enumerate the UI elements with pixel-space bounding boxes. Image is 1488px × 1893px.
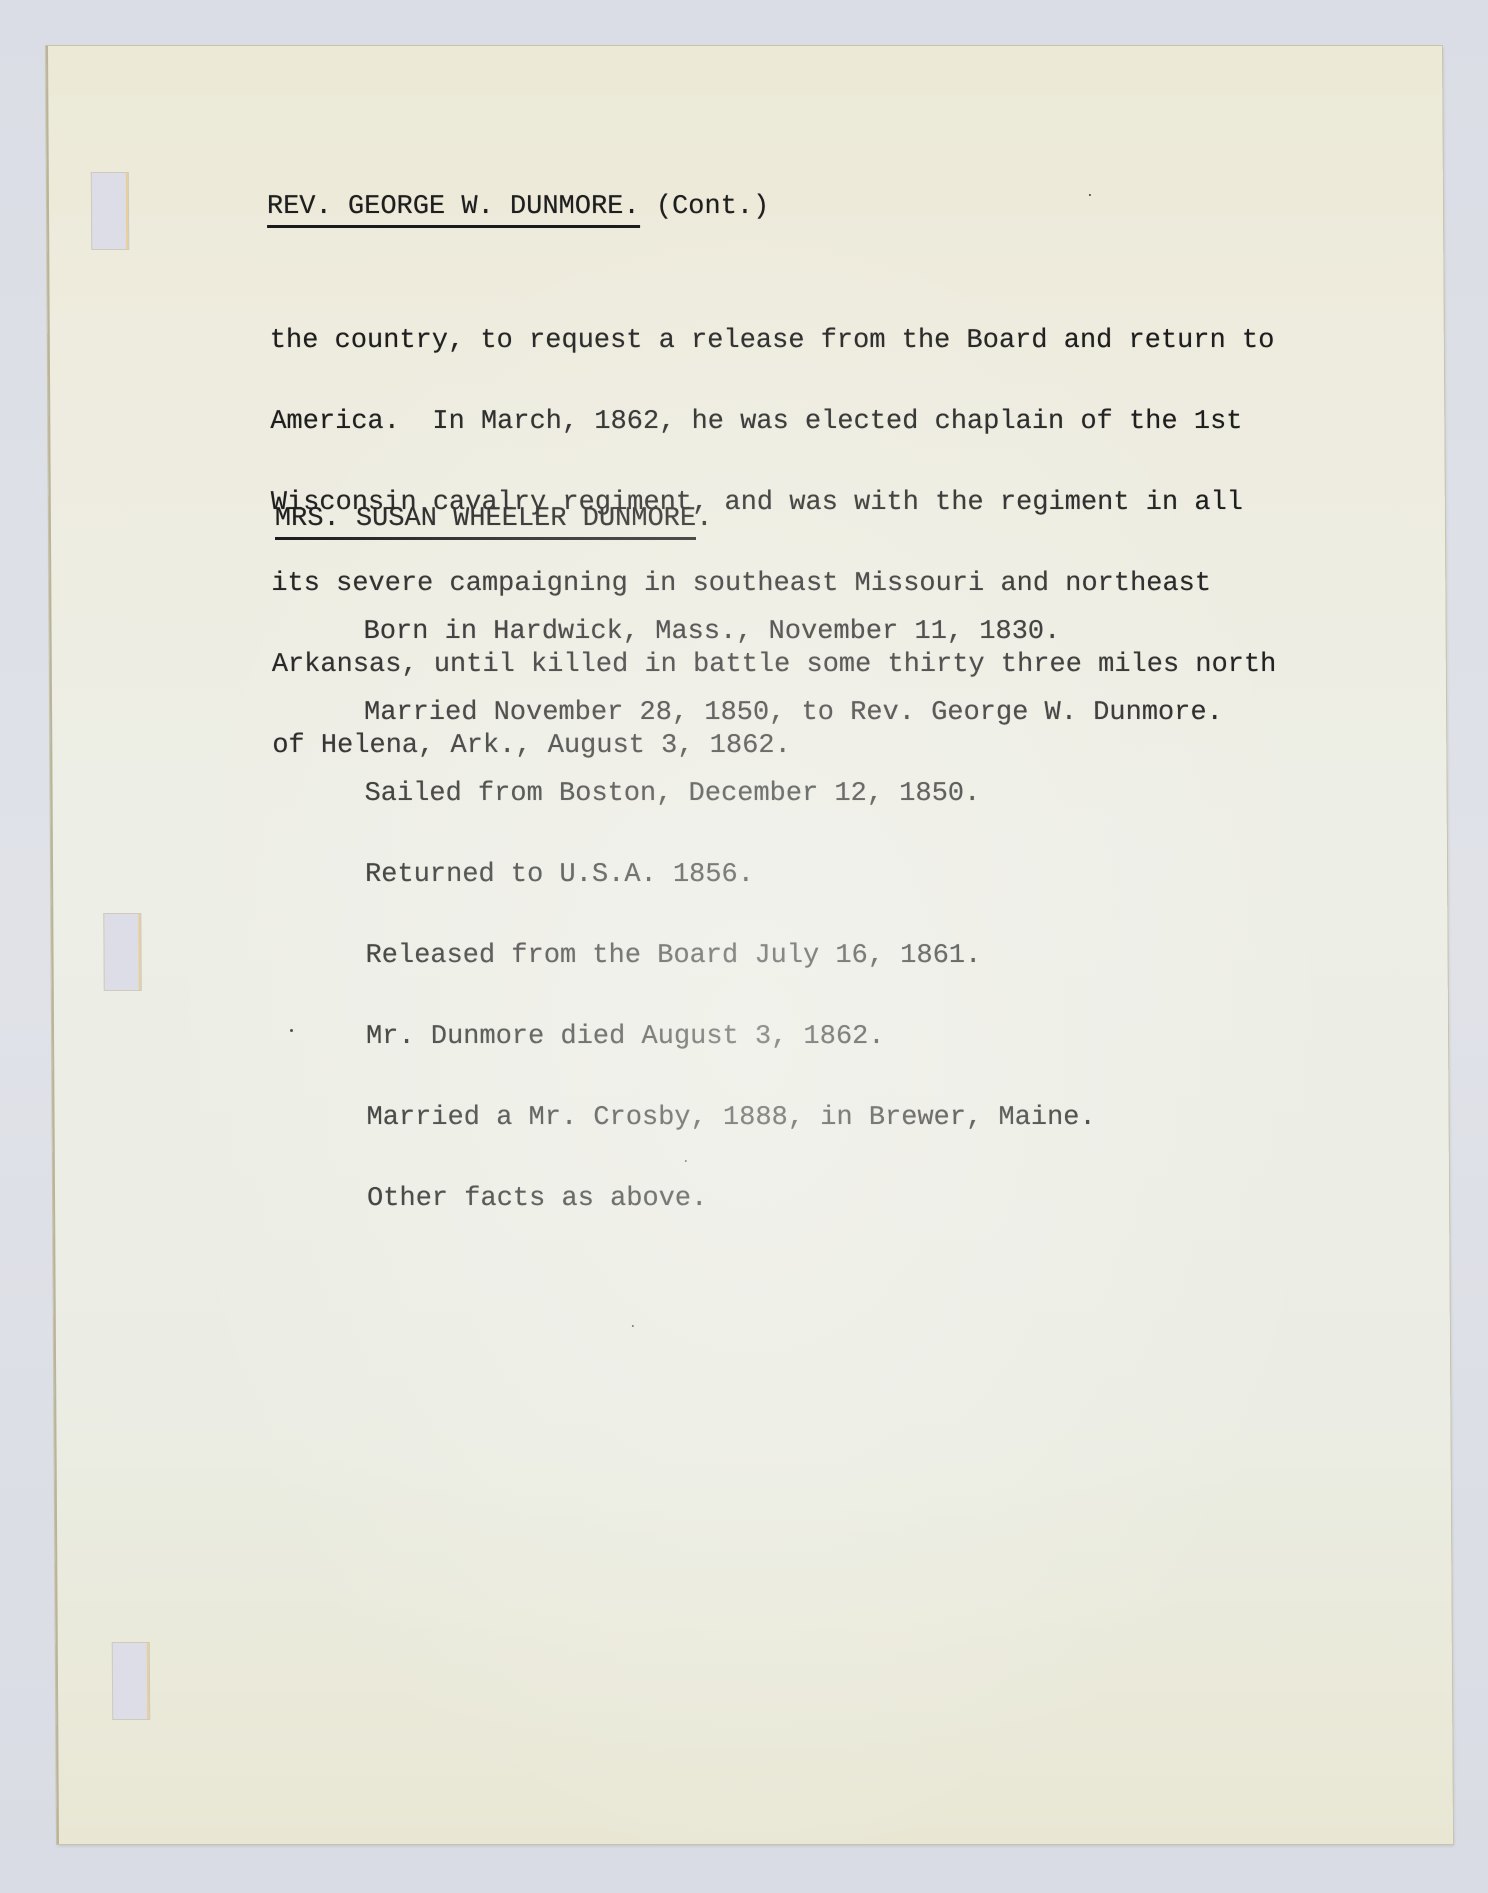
- paper-speck: [685, 1160, 687, 1162]
- heading-name: REV. GEORGE W. DUNMORE.: [267, 192, 640, 228]
- fact-item: Other facts as above.: [367, 1186, 1226, 1213]
- biographical-facts-list: Born in Hardwick, Mass., November 11, 18…: [363, 565, 1226, 1267]
- fact-item: Born in Hardwick, Mass., November 11, 18…: [364, 619, 1223, 646]
- paper-speck: [290, 1029, 293, 1032]
- binder-hole: [103, 913, 141, 991]
- section-heading-george-dunmore: REV. GEORGE W. DUNMORE. (Cont.): [267, 194, 769, 221]
- fact-item: Married a Mr. Crosby, 1888, in Brewer, M…: [366, 1105, 1225, 1132]
- binder-hole: [91, 172, 129, 250]
- binder-hole: [112, 1642, 150, 1720]
- heading-name: MRS. SUSAN WHEELER DUNMORE: [275, 504, 697, 540]
- typewritten-page: REV. GEORGE W. DUNMORE. (Cont.) the coun…: [46, 46, 1453, 1844]
- paper-speck: [1089, 194, 1091, 196]
- paper-speck: [632, 1325, 634, 1327]
- paragraph-line: the country, to request a release from t…: [270, 328, 1275, 355]
- fact-item: Mr. Dunmore died August 3, 1862.: [366, 1024, 1225, 1051]
- paragraph-line: America. In March, 1862, he was elected …: [270, 409, 1275, 436]
- fact-item: Returned to U.S.A. 1856.: [365, 862, 1224, 889]
- heading-period: .: [696, 504, 712, 534]
- fact-item: Sailed from Boston, December 12, 1850.: [364, 781, 1223, 808]
- fact-item: Released from the Board July 16, 1861.: [365, 943, 1224, 970]
- section-heading-susan-dunmore: MRS. SUSAN WHEELER DUNMORE.: [275, 506, 713, 533]
- fact-item: Married November 28, 1850, to Rev. Georg…: [364, 700, 1223, 727]
- heading-continued-note: (Cont.): [640, 192, 770, 222]
